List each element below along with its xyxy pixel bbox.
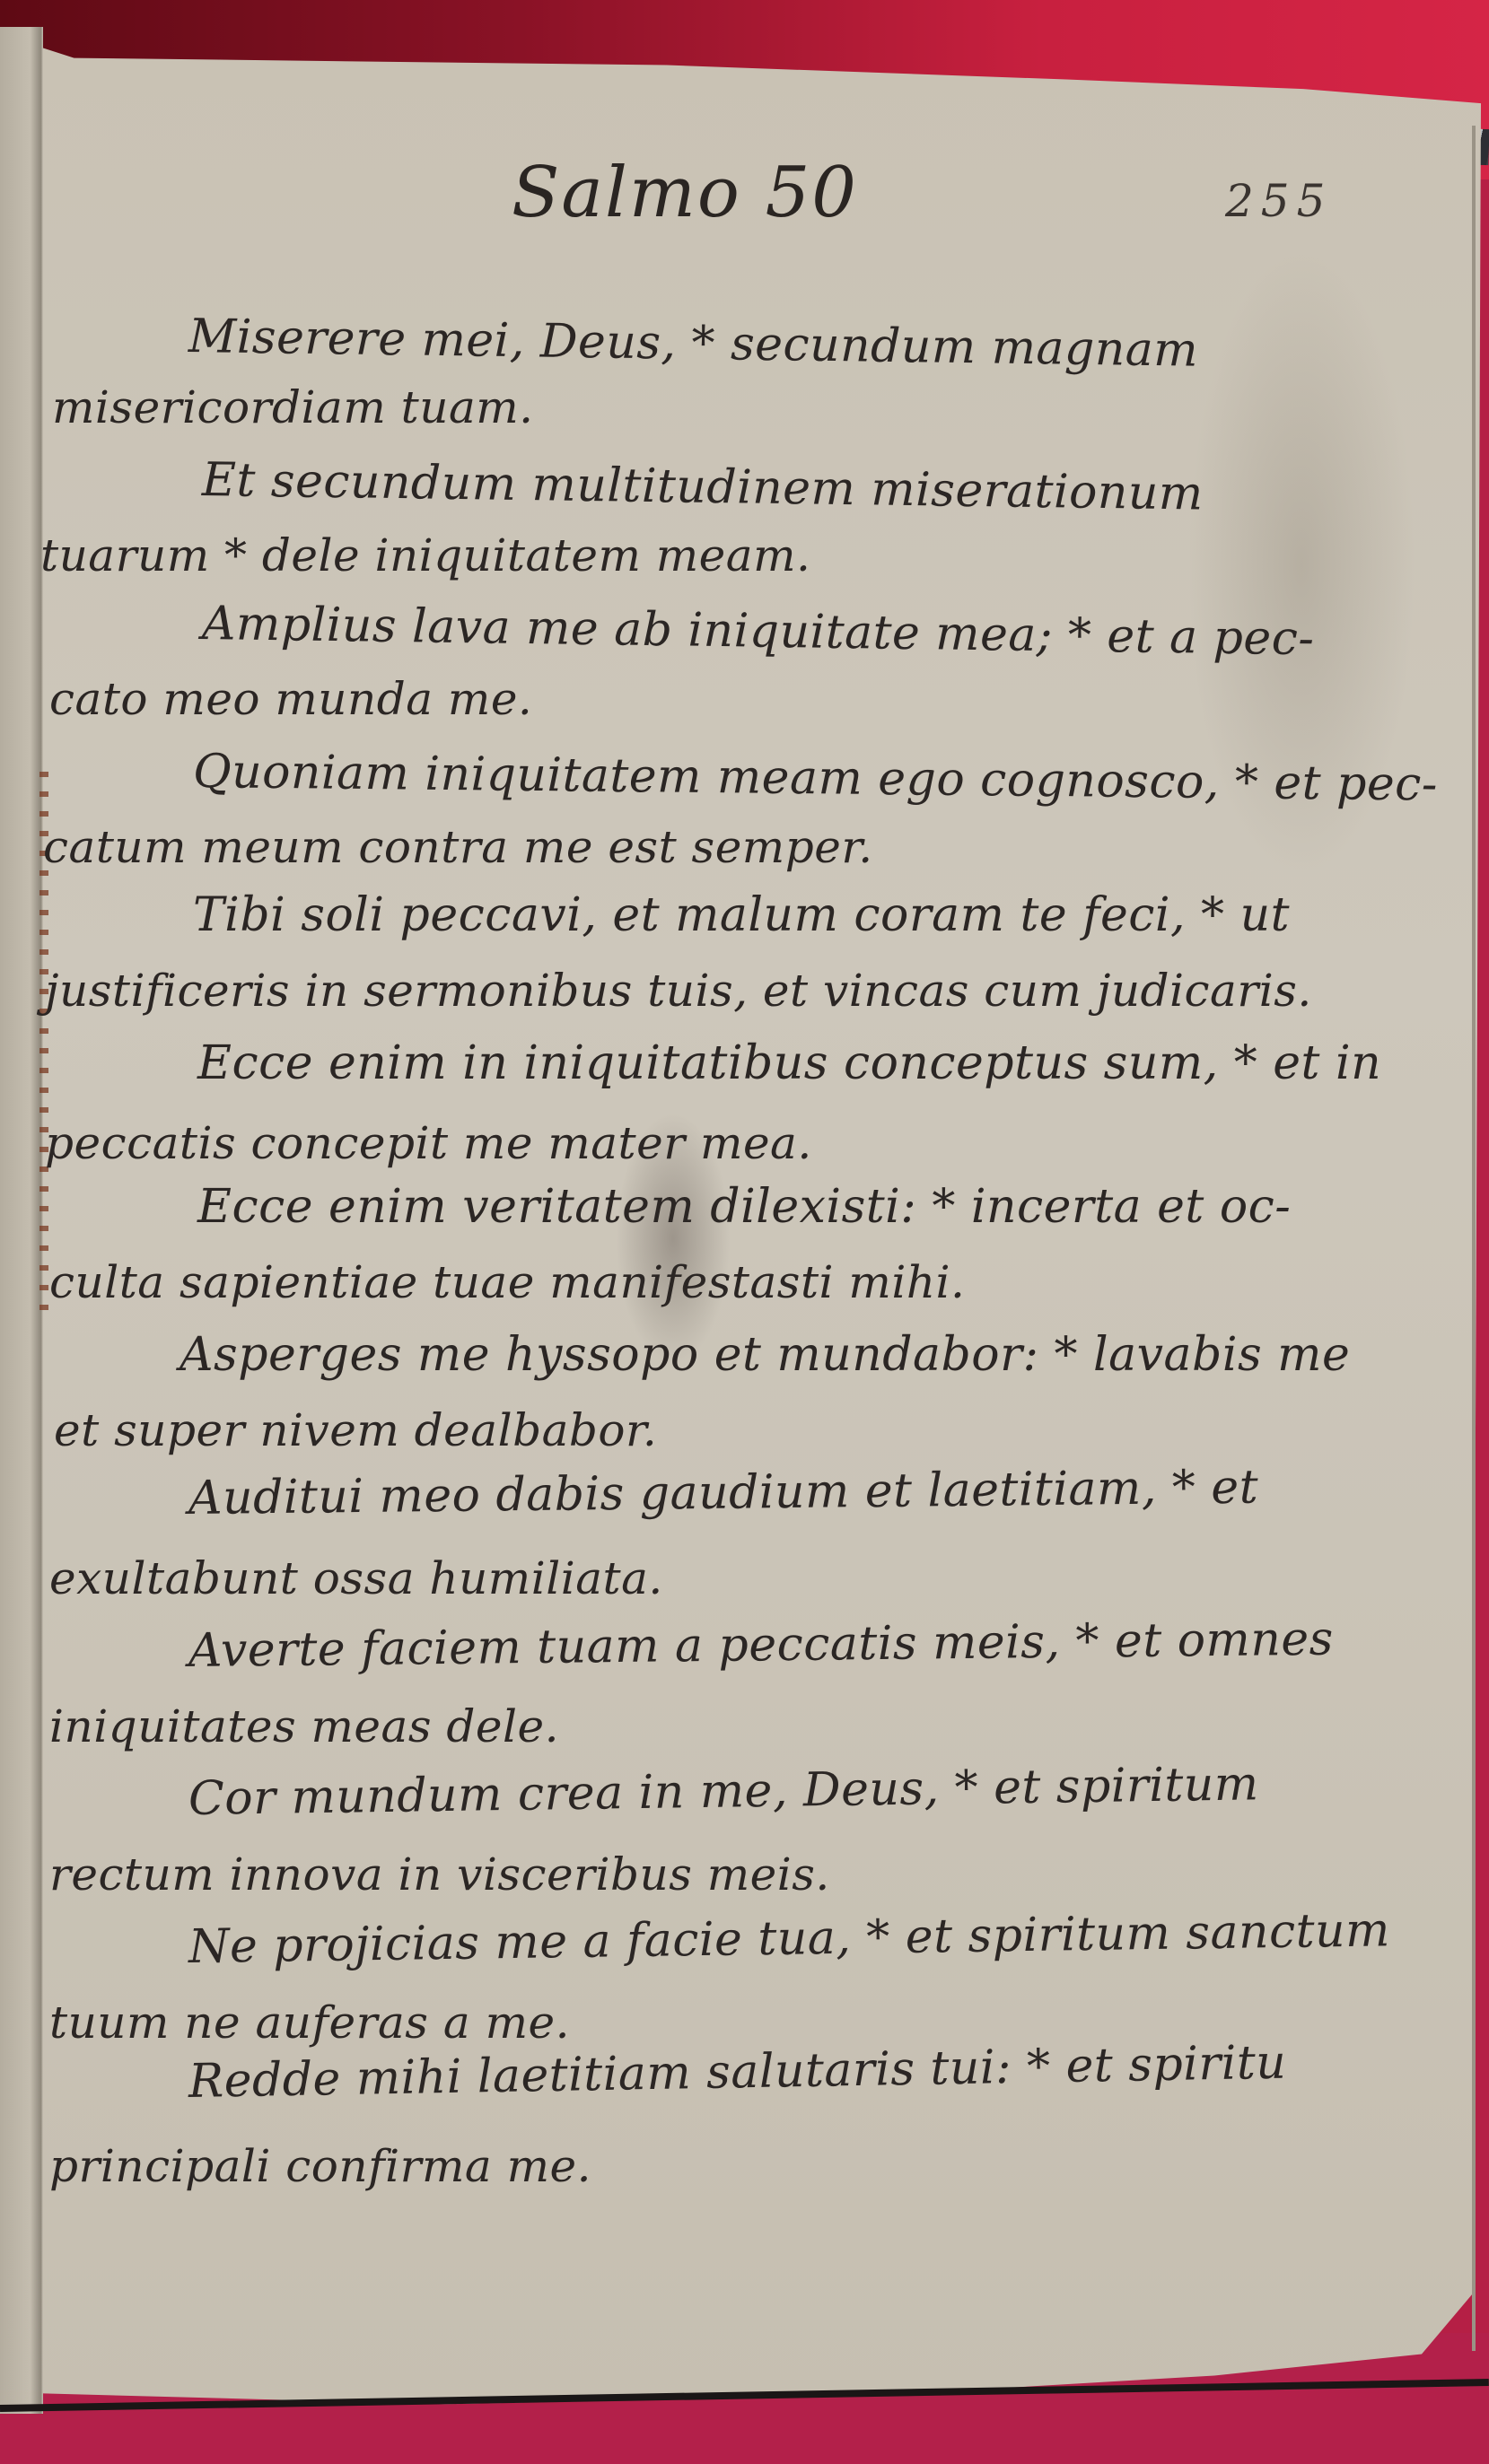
verse-line: tuarum * dele iniquitatem meam.: [40, 529, 810, 581]
verse-line: Ecce enim veritatem dilexisti: * incerta…: [197, 1180, 1291, 1234]
verse-line: Tibi soli peccavi, et malum coram te fec…: [193, 888, 1290, 942]
verse-line: et super nivem dealbabor.: [54, 1404, 657, 1456]
verse-line: culta sapientiae tuae manifestasti mihi.: [49, 1256, 965, 1308]
verse-line: peccatis concepit me mater mea.: [45, 1117, 812, 1169]
page-number: 255: [1225, 175, 1332, 227]
page-title: Salmo 50: [512, 153, 858, 233]
page-gutter: [0, 27, 43, 2414]
verse-line: cato meo munda me.: [49, 673, 532, 725]
verse-line: rectum innova in visceribus meis.: [49, 1848, 830, 1900]
verse-line: catum meum contra me est semper.: [43, 821, 873, 873]
verse-line: tuum ne auferas a me.: [49, 1997, 570, 2049]
verse-line: principali confirma me.: [49, 2140, 591, 2192]
verse-line: iniquitates meas dele.: [49, 1700, 559, 1752]
verse-line: Ecce enim in iniquitatibus conceptus sum…: [197, 1036, 1381, 1090]
verse-line: Auditui meo dabis gaudium et laetitiam, …: [188, 1461, 1259, 1525]
verse-line: misericordiam tuam.: [52, 381, 534, 433]
verse-line: Asperges me hyssopo et mundabor: * lavab…: [180, 1328, 1350, 1382]
verse-line: exultabunt ossa humiliata.: [49, 1552, 663, 1604]
page-right-edge: [1472, 126, 1476, 2351]
verse-line: justificeris in sermonibus tuis, et vinc…: [45, 965, 1312, 1017]
